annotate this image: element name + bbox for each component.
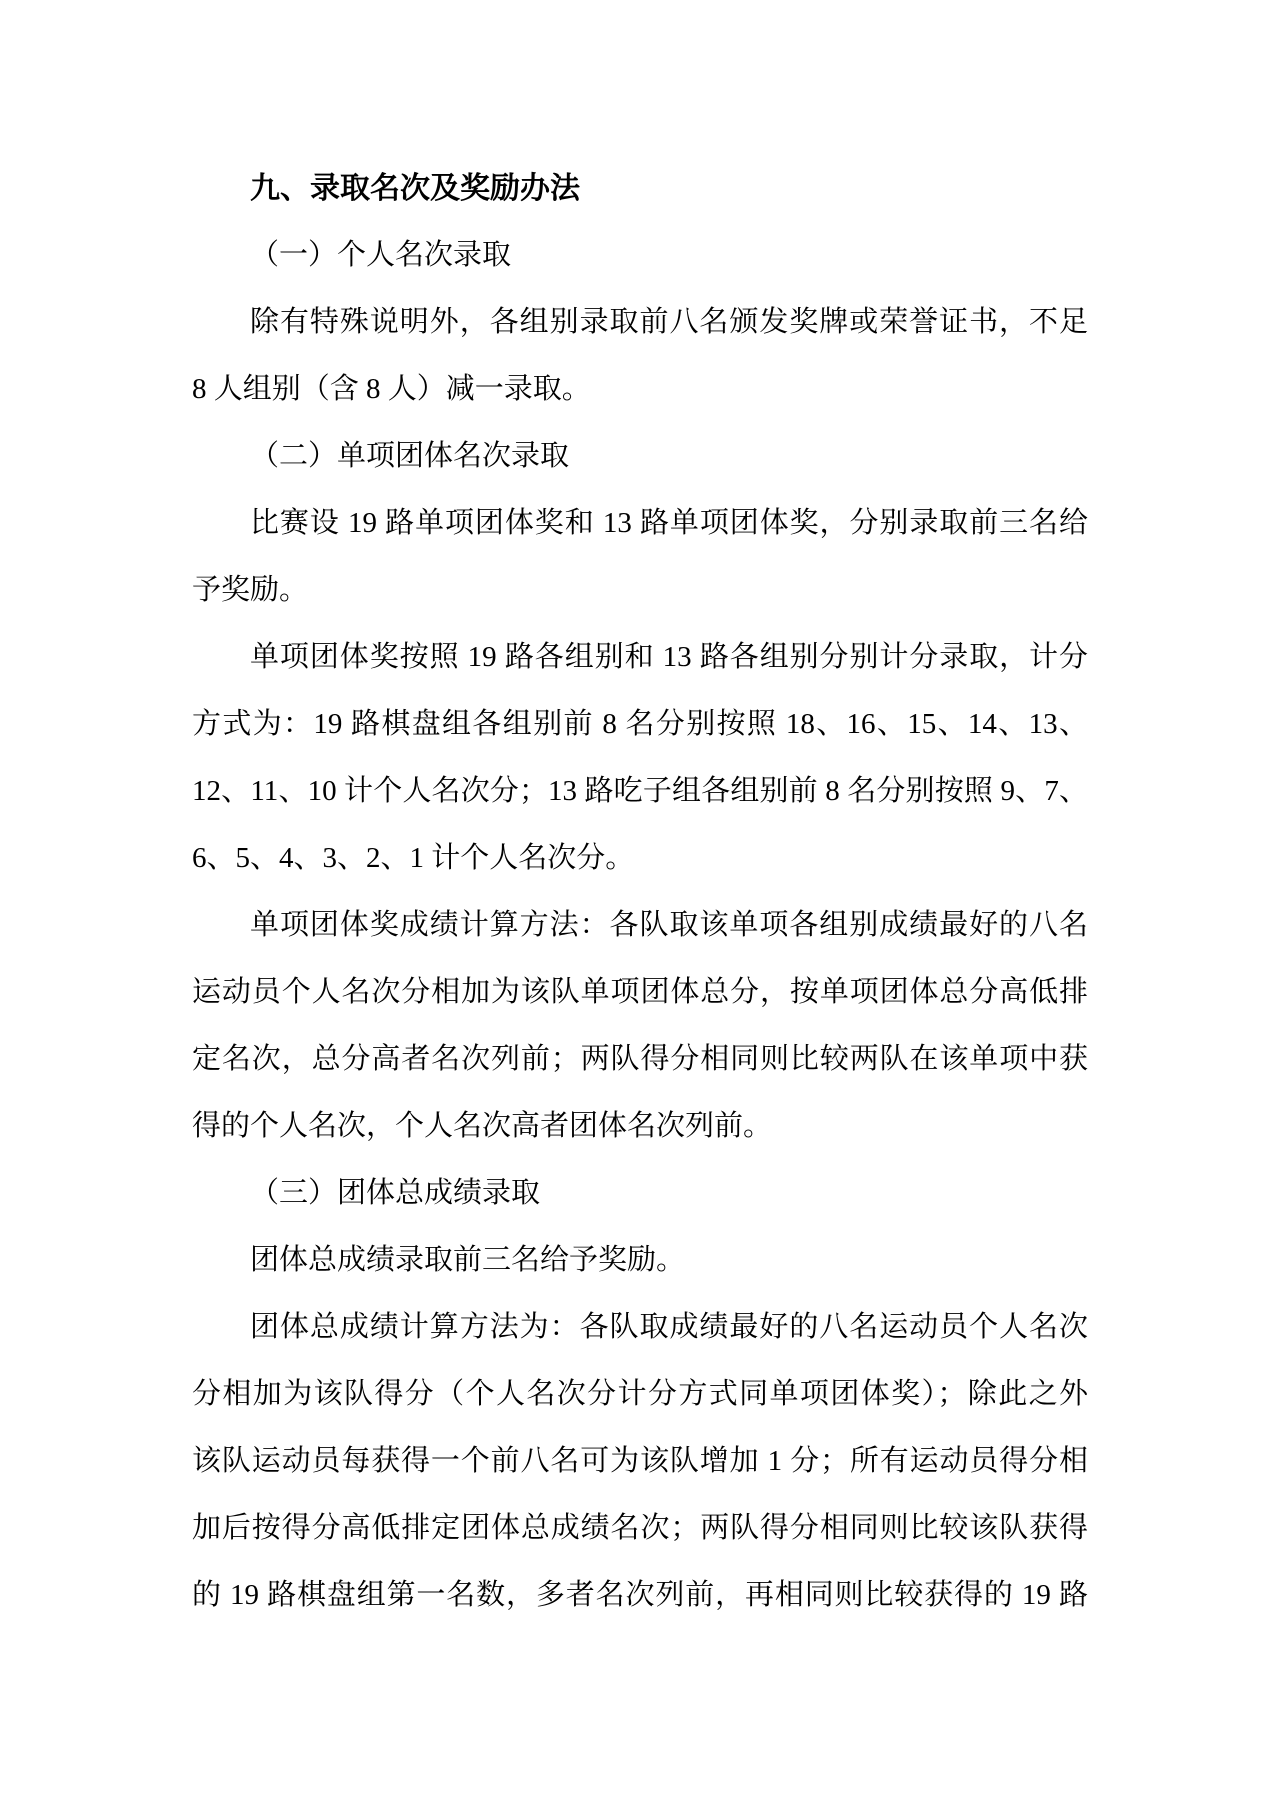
text-line: （一）个人名次录取 <box>192 222 1088 289</box>
text-line: 的 19 路棋盘组第一名数，多者名次列前，再相同则比较获得的 19 路 <box>192 1562 1088 1629</box>
section-heading-text: 九、录取名次及奖励办法 <box>192 155 1088 222</box>
para-individual-ranking: 除有特殊说明外，各组别录取前八名颁发奖牌或荣誉证书，不足 8 人组别（含 8 人… <box>192 289 1088 423</box>
text-line: 团体总成绩计算方法为：各队取成绩最好的八名运动员个人名次 <box>192 1294 1088 1361</box>
text-line: 单项团体奖成绩计算方法：各队取该单项各组别成绩最好的八名 <box>192 892 1088 959</box>
text-line: 8 人组别（含 8 人）减一录取。 <box>192 356 1088 423</box>
text-line: 定名次，总分高者名次列前；两队得分相同则比较两队在该单项中获 <box>192 1026 1088 1093</box>
text-line: 12、11、10 计个人名次分；13 路吃子组各组别前 8 名分别按照 9、7、 <box>192 758 1088 825</box>
text-line: 方式为：19 路棋盘组各组别前 8 名分别按照 18、16、15、14、13、 <box>192 691 1088 758</box>
text-line: 6、5、4、3、2、1 计个人名次分。 <box>192 825 1088 892</box>
subsection-1-heading: （一）个人名次录取 <box>192 222 1088 289</box>
document-body: 九、录取名次及奖励办法 （一）个人名次录取 除有特殊说明外，各组别录取前八名颁发… <box>192 155 1088 1629</box>
text-line: 加后按得分高低排定团体总成绩名次；两队得分相同则比较该队获得 <box>192 1495 1088 1562</box>
subsection-3-heading: （三）团体总成绩录取 <box>192 1160 1088 1227</box>
section-heading-awards: 九、录取名次及奖励办法 <box>192 155 1088 222</box>
text-line: 分相加为该队得分（个人名次分计分方式同单项团体奖）；除此之外 <box>192 1361 1088 1428</box>
text-line: 团体总成绩录取前三名给予奖励。 <box>192 1227 1088 1294</box>
para-scoring-method: 单项团体奖按照 19 路各组别和 13 路各组别分别计分录取，计分 方式为：19… <box>192 624 1088 892</box>
text-line: 比赛设 19 路单项团体奖和 13 路单项团体奖，分别录取前三名给 <box>192 490 1088 557</box>
text-line: 除有特殊说明外，各组别录取前八名颁发奖牌或荣誉证书，不足 <box>192 289 1088 356</box>
text-line: 单项团体奖按照 19 路各组别和 13 路各组别分别计分录取，计分 <box>192 624 1088 691</box>
para-single-event-calc: 单项团体奖成绩计算方法：各队取该单项各组别成绩最好的八名 运动员个人名次分相加为… <box>192 892 1088 1160</box>
text-line: （三）团体总成绩录取 <box>192 1160 1088 1227</box>
text-line: 该队运动员每获得一个前八名可为该队增加 1 分；所有运动员得分相 <box>192 1428 1088 1495</box>
text-line: 运动员个人名次分相加为该队单项团体总分，按单项团体总分高低排 <box>192 959 1088 1026</box>
text-line: 得的个人名次，个人名次高者团体名次列前。 <box>192 1093 1088 1160</box>
para-overall-award: 团体总成绩录取前三名给予奖励。 <box>192 1227 1088 1294</box>
para-team-award-setup: 比赛设 19 路单项团体奖和 13 路单项团体奖，分别录取前三名给 予奖励。 <box>192 490 1088 624</box>
para-overall-calc: 团体总成绩计算方法为：各队取成绩最好的八名运动员个人名次 分相加为该队得分（个人… <box>192 1294 1088 1629</box>
subsection-2-heading: （二）单项团体名次录取 <box>192 423 1088 490</box>
text-line: （二）单项团体名次录取 <box>192 423 1088 490</box>
text-line: 予奖励。 <box>192 557 1088 624</box>
